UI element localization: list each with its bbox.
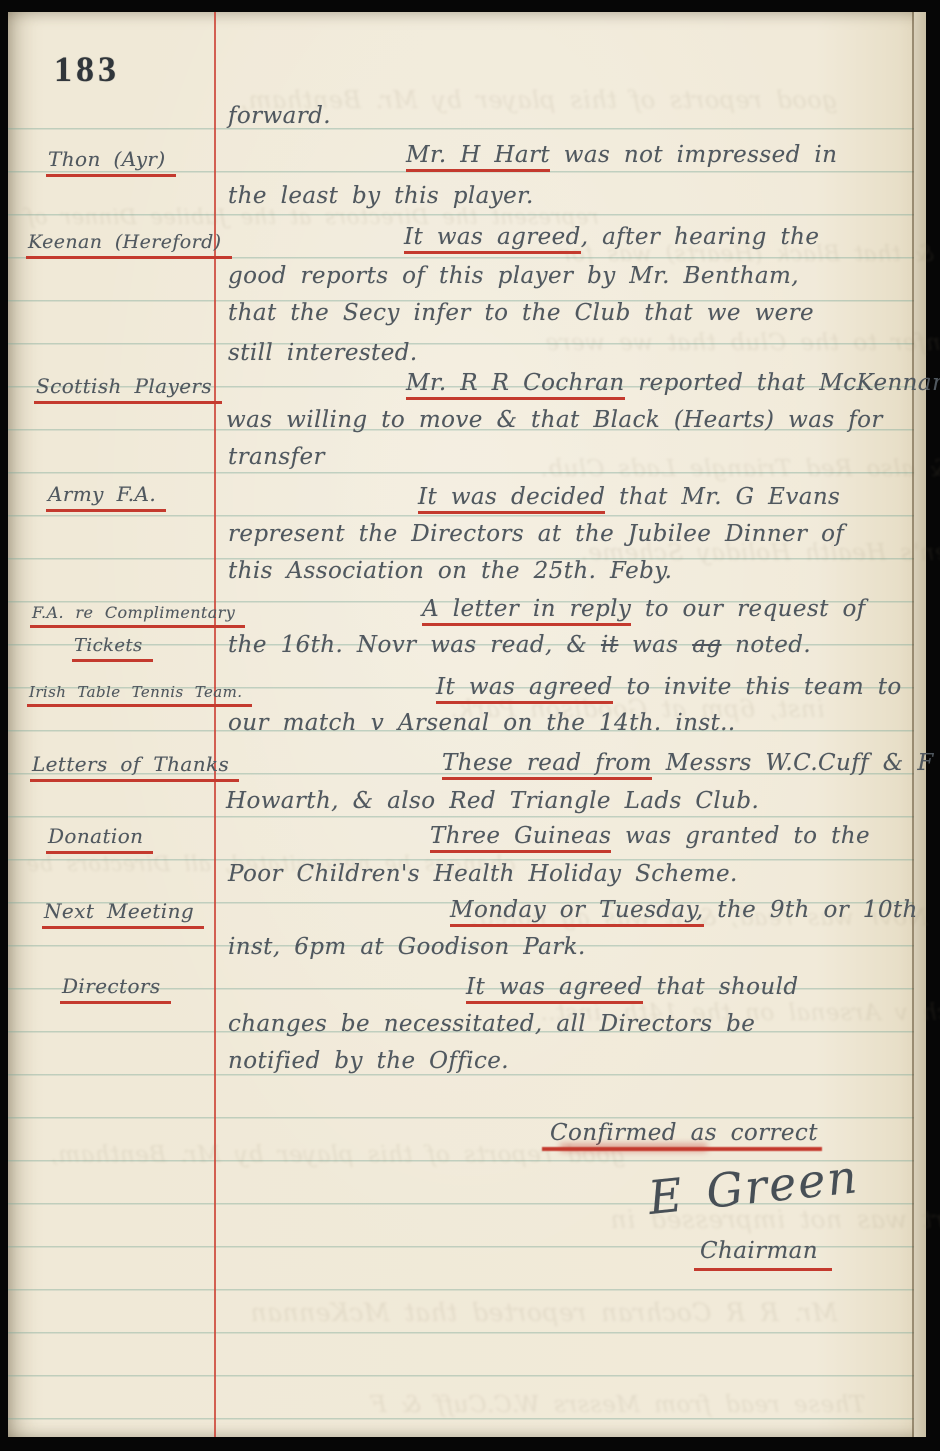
- minute-line: represent the Directors at the Jubilee D…: [228, 521, 844, 547]
- minute-line: It was decided that Mr. G Evans: [418, 484, 840, 510]
- handwritten-text: notified by the Office.: [228, 1048, 509, 1074]
- minute-line: inst, 6pm at Goodison Park.: [228, 934, 586, 960]
- entry-heading-text: Directors: [60, 974, 171, 1004]
- handwritten-text: still interested.: [228, 340, 418, 366]
- handwritten-text: was: [618, 632, 692, 658]
- handwritten-text: the 9th or 10th: [704, 897, 918, 923]
- entry-heading: Irish Table Tennis Team.: [27, 677, 252, 703]
- red-underlined-phrase: Mr. R R Cochran: [406, 370, 625, 400]
- minute-line: It was agreed that should: [466, 974, 799, 1000]
- handwritten-text: represent the Directors at the Jubilee D…: [228, 521, 844, 547]
- entry-heading-text: Thon (Ayr): [46, 147, 176, 177]
- page-edge-crease: [912, 12, 914, 1437]
- minute-line: was willing to move & that Black (Hearts…: [226, 407, 883, 433]
- red-underlined-phrase: Mr. H Hart: [406, 142, 550, 172]
- minute-line: our match v Arsenal on the 14th. inst..: [228, 710, 736, 736]
- confirmed-as-correct-line: Confirmed as correct: [550, 1120, 818, 1146]
- handwritten-text: noted.: [721, 632, 811, 658]
- entry-heading-text: Letters of Thanks: [30, 752, 239, 782]
- entry-heading-text: Tickets: [72, 635, 153, 662]
- minute-line: Monday or Tuesday, the 9th or 10th: [450, 897, 918, 923]
- minute-book-scan: good reports of this player by Mr. Benth…: [0, 0, 940, 1451]
- chairman-title: Chairman: [694, 1238, 832, 1271]
- handwritten-text: the 16th. Novr was read, &: [228, 632, 601, 658]
- entry-heading: Directors: [60, 973, 171, 999]
- entry-heading: Scottish Players: [34, 373, 222, 399]
- minute-line: this Association on the 25th. Feby.: [228, 558, 672, 584]
- handwritten-text: to our request of: [631, 596, 865, 622]
- minute-line: notified by the Office.: [228, 1048, 509, 1074]
- entry-heading: Thon (Ayr): [46, 146, 176, 172]
- handwritten-text: that the Secy infer to the Club that we …: [228, 300, 814, 326]
- handwritten-text: changes be necessitated, all Directors b…: [228, 1011, 755, 1037]
- page-number: 183: [54, 48, 120, 90]
- minute-line: A letter in reply to our request of: [422, 596, 866, 622]
- handwritten-text: the least by this player.: [228, 183, 534, 209]
- minute-line: Mr. H Hart was not impressed in: [406, 142, 837, 168]
- handwritten-text: , after hearing the: [581, 224, 820, 250]
- carried-forward-word: forward.: [228, 103, 331, 129]
- confirmed-text: Confirmed as correct: [550, 1120, 818, 1146]
- entry-heading: Tickets: [72, 631, 153, 657]
- red-underlined-phrase: It was decided: [418, 484, 605, 514]
- handwritten-text: good reports of this player by Mr. Benth…: [228, 263, 799, 289]
- handwritten-text: that Mr. G Evans: [605, 484, 840, 510]
- red-underlined-phrase: Three Guineas: [430, 823, 611, 853]
- red-underlined-phrase: It was agreed: [466, 974, 643, 1004]
- entry-heading-text: F.A. re Complimentary: [30, 603, 245, 628]
- handwritten-text: Poor Children's Health Holiday Scheme.: [228, 861, 738, 887]
- minute-line: Poor Children's Health Holiday Scheme.: [228, 861, 738, 887]
- minute-line: It was agreed, after hearing the: [404, 224, 819, 250]
- handwritten-text: was granted to the: [611, 823, 870, 849]
- minute-line: These read from Messrs W.C.Cuff & F: [442, 750, 934, 776]
- minute-line: Mr. R R Cochran reported that McKennan: [406, 370, 940, 396]
- red-underlined-phrase: It was agreed: [436, 674, 613, 704]
- minute-line: changes be necessitated, all Directors b…: [228, 1011, 755, 1037]
- handwritten-text: transfer: [228, 444, 325, 470]
- handwritten-text: Messrs W.C.Cuff & F: [652, 750, 934, 776]
- entry-heading-text: Next Meeting: [42, 899, 204, 929]
- page-edge: [914, 12, 926, 1437]
- red-underlined-phrase: A letter in reply: [422, 596, 631, 626]
- minute-line: still interested.: [228, 340, 418, 366]
- entry-heading: Letters of Thanks: [30, 751, 239, 777]
- minute-line: transfer: [228, 444, 325, 470]
- entry-heading: Next Meeting: [42, 898, 204, 924]
- struck-out-word: it: [601, 632, 618, 658]
- entry-heading: Donation: [46, 823, 153, 849]
- minute-line: Howarth, & also Red Triangle Lads Club.: [226, 788, 759, 814]
- entry-heading-text: Keenan (Hereford): [26, 231, 232, 259]
- handwritten-text: our match v Arsenal on the 14th. inst..: [228, 710, 736, 736]
- handwritten-text: to invite this team to: [613, 674, 902, 700]
- minute-line: the 16th. Novr was read, & it was ag not…: [228, 632, 811, 658]
- entry-heading-text: Scottish Players: [34, 374, 222, 404]
- red-underlined-phrase: These read from: [442, 750, 652, 780]
- entry-heading: Army F.A.: [46, 481, 166, 507]
- entry-heading: Keenan (Hereford): [26, 228, 232, 254]
- entry-heading: F.A. re Complimentary: [30, 598, 245, 624]
- handwritten-text: was willing to move & that Black (Hearts…: [226, 407, 883, 433]
- handwritten-text: reported that McKennan: [625, 370, 940, 396]
- red-margin-line: [214, 12, 216, 1437]
- minute-line: the least by this player.: [228, 183, 534, 209]
- struck-out-word: ag: [692, 632, 721, 658]
- red-underlined-phrase: Monday or Tuesday,: [450, 897, 704, 927]
- chairman-title-line: Chairman: [694, 1238, 832, 1264]
- entry-heading-text: Army F.A.: [46, 482, 166, 512]
- red-underlined-phrase: It was agreed: [404, 224, 581, 254]
- handwritten-text: inst, 6pm at Goodison Park.: [228, 934, 586, 960]
- minute-line: Three Guineas was granted to the: [430, 823, 870, 849]
- handwritten-text: Howarth, & also Red Triangle Lads Club.: [226, 788, 759, 814]
- entry-heading-text: Donation: [46, 824, 153, 854]
- handwritten-text: this Association on the 25th. Feby.: [228, 558, 672, 584]
- minute-line: that the Secy infer to the Club that we …: [228, 300, 814, 326]
- handwritten-text: was not impressed in: [550, 142, 837, 168]
- handwritten-text: that should: [643, 974, 799, 1000]
- entry-heading-text: Irish Table Tennis Team.: [27, 683, 252, 707]
- minute-line: good reports of this player by Mr. Benth…: [228, 263, 799, 289]
- minute-line: It was agreed to invite this team to: [436, 674, 902, 700]
